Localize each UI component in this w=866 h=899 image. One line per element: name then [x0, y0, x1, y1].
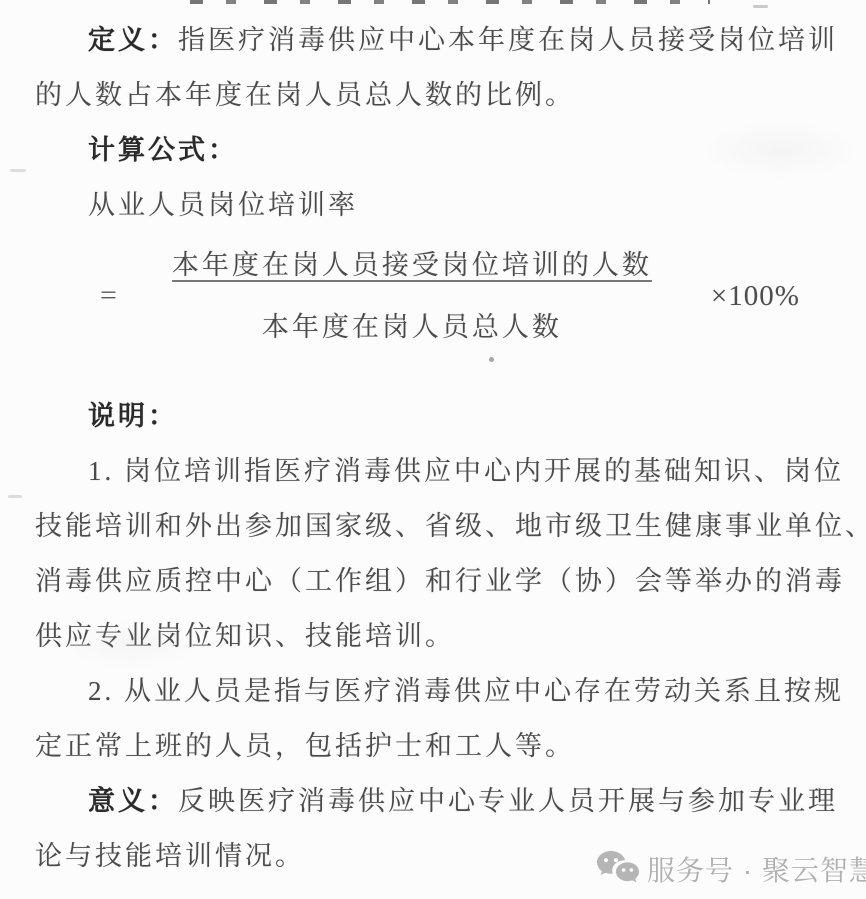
- note-1-line-2: 技能培训和外出参加国家级、省级、地市级卫生健康事业单位、: [35, 499, 847, 554]
- definition-text-start: 指医疗消毒供应中心本年度在岗人员接受岗位培训: [178, 25, 838, 55]
- watermark-label: 服务号 · 聚云智慧: [647, 851, 866, 891]
- note-1-line-1: 1. 岗位培训指医疗消毒供应中心内开展的基础知识、岗位: [35, 444, 847, 499]
- significance-line-1: 意义：反映医疗消毒供应中心专业人员开展与参加专业理: [35, 774, 847, 829]
- wechat-watermark: 服务号 · 聚云智慧: [596, 848, 866, 893]
- significance-label: 意义：: [88, 786, 178, 816]
- note-1-line-3: 消毒供应质控中心（工作组）和行业学（协）会等举办的消毒: [35, 554, 847, 609]
- significance-text-start: 反映医疗消毒供应中心专业人员开展与参加专业理: [178, 786, 838, 816]
- fraction-denominator: 本年度在岗人员总人数: [262, 312, 562, 342]
- scan-speck: [10, 169, 26, 172]
- note-1-line-4: 供应专业岗位知识、技能培训。: [35, 609, 847, 664]
- clipped-previous-line: [190, 0, 710, 4]
- definition-label: 定义：: [88, 25, 178, 55]
- formula-heading: 计算公式：: [35, 123, 847, 178]
- wechat-logo-icon: [596, 848, 640, 893]
- formula-multiplier: ×100%: [711, 280, 800, 313]
- scan-speck: [753, 5, 768, 8]
- equals-sign: =: [100, 283, 117, 310]
- note-2-line-2: 定正常上班的人员，包括护士和工人等。: [35, 719, 847, 774]
- definition-line-2: 的人数占本年度在岗人员总人数的比例。: [35, 68, 847, 123]
- scanned-document-page: 定义：指医疗消毒供应中心本年度在岗人员接受岗位培训 的人数占本年度在岗人员总人数…: [0, 0, 866, 899]
- definition-line-1: 定义：指医疗消毒供应中心本年度在岗人员接受岗位培训: [35, 13, 847, 68]
- formula-equation: = 本年度在岗人员接受岗位培训的人数 本年度在岗人员总人数 ×100%: [100, 233, 847, 359]
- formula-metric-name: 从业人员岗位培训率: [35, 178, 847, 233]
- notes-heading: 说明：: [35, 389, 847, 444]
- scan-speck: [8, 495, 22, 498]
- formula-fraction: 本年度在岗人员接受岗位培训的人数 本年度在岗人员总人数: [127, 234, 697, 358]
- document-body: 定义：指医疗消毒供应中心本年度在岗人员接受岗位培训 的人数占本年度在岗人员总人数…: [35, 13, 847, 884]
- fraction-numerator: 本年度在岗人员接受岗位培训的人数: [172, 250, 652, 282]
- note-2-line-1: 2. 从业人员是指与医疗消毒供应中心存在劳动关系且按规: [35, 664, 847, 719]
